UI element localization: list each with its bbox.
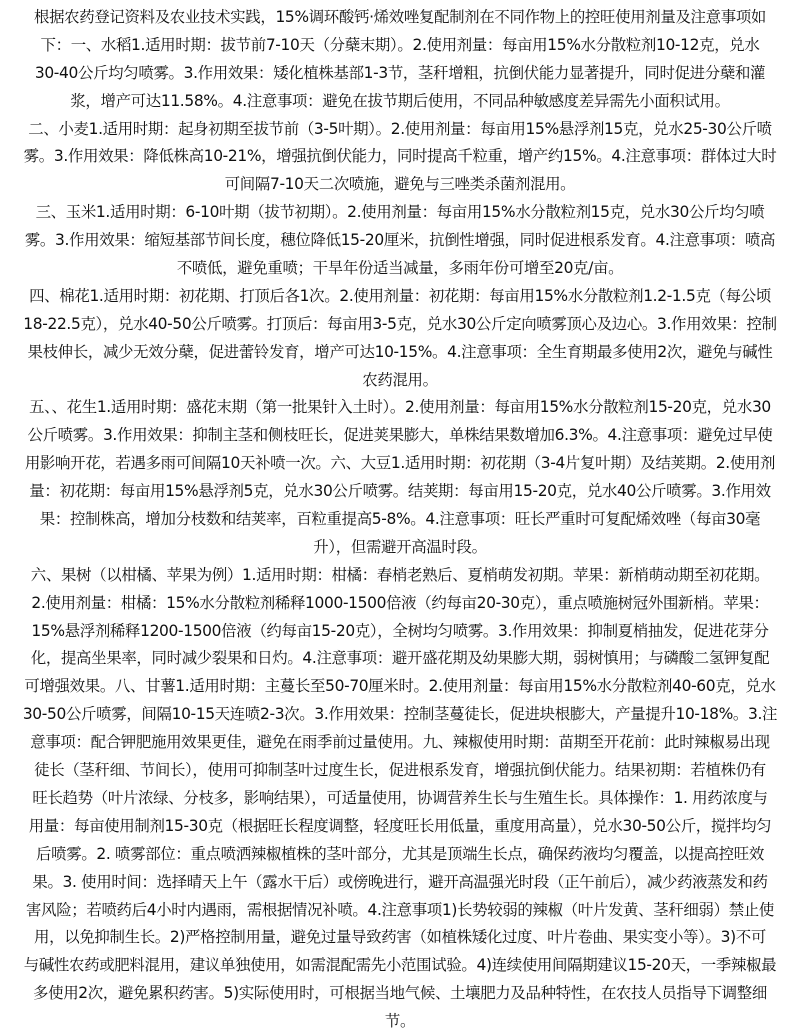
text-line: 雾。3.作用效果：缩短基部节间长度，穗位降低15-20厘米，抗倒性增强，同时促进… [4,227,796,255]
text-line: 五、、花生1.适用时期：盛花末期（第一批果针入土时）。2.使用剂量：每亩用15%… [4,394,796,422]
text-line: 四、棉花1.适用时期：初花期、打顶后各1次。2.使用剂量：初花期：每亩用15%水… [4,283,796,311]
text-line: 不喷低，避免重喷；干旱年份适当减量，多雨年份可增至20克/亩。 [4,255,796,283]
text-line: 18-22.5克），兑水40-50公斤喷雾。打顶后：每亩用3-5克，兑水30公斤… [4,311,796,339]
document-body: 根据农药登记资料及农业技术实践，15%调环酸钙·烯效唑复配制剂在不同作物上的控旺… [0,4,800,800]
text-line: 根据农药登记资料及农业技术实践，15%调环酸钙·烯效唑复配制剂在不同作物上的控旺… [4,4,796,32]
text-line: 六、果树（以柑橘、苹果为例）1.适用时期：柑橘：春梢老熟后、夏梢萌发初期。苹果：… [4,562,796,590]
text-line: 果：控制株高，增加分枝数和结荚率，百粒重提高5-8%。4.注意事项：旺长严重时可… [4,506,796,534]
text-line: 下：一、水稻1.适用时期：拔节前7-10天（分蘖末期）。2.使用剂量：每亩用15… [4,32,796,60]
text-line: 农药混用。 [4,367,796,395]
text-line: 可增强效果。八、甘薯1.适用时期：主蔓长至50-70厘米时。2.使用剂量：每亩用… [4,673,796,701]
text-line: 浆，增产可达11.58%。4.注意事项：避免在拔节期后使用，不同品种敏感度差异需… [4,88,796,116]
text-line: 量：初花期：每亩用15%悬浮剂5克，兑水30公斤喷雾。结荚期：每亩用15-20克… [4,478,796,506]
text-line: 意事项：配合钾肥施用效果更佳，避免在雨季前过量使用。九、辣椒使用时期：苗期至开花… [4,729,796,757]
text-line: 三、玉米1.适用时期：6-10叶期（拔节初期）。2.使用剂量：每亩用15%水分散… [4,199,796,227]
text-line: 雾。3.作用效果：降低株高10-21%，增强抗倒伏能力，同时提高千粒重，增产约1… [4,143,796,171]
text-line: 用影响开花，若遇多雨可间隔10天补喷一次。六、大豆1.适用时期：初花期（3-4片… [4,450,796,478]
text-line: 旺长趋势（叶片浓绿、分枝多，影响结果），可适量使用，协调营养生长与生殖生长。具体… [4,785,796,800]
text-line: 化，提高坐果率，同时减少裂果和日灼。4.注意事项：避开盛花期及幼果膨大期，弱树慎… [4,645,796,673]
text-line: 30-50公斤喷雾，间隔10-15天连喷2-3次。3.作用效果：控制茎蔓徒长，促… [4,701,796,729]
text-line: 15%悬浮剂稀释1200-1500倍液（约每亩15-20克），全树均匀喷雾。3.… [4,618,796,646]
text-line: 升），但需避开高温时段。 [4,534,796,562]
text-line: 公斤喷雾。3.作用效果：抑制主茎和侧枝旺长，促进荚果膨大，单株结果数增加6.3%… [4,422,796,450]
text-line: 果枝伸长，减少无效分蘖，促进蕾铃发育，增产可达10-15%。4.注意事项：全生育… [4,339,796,367]
text-line: 2.使用剂量：柑橘：15%水分散粒剂稀释1000-1500倍液（约每亩20-30… [4,590,796,618]
text-line: 二、小麦1.适用时期：起身初期至拔节前（3-5叶期）。2.使用剂量：每亩用15%… [4,116,796,144]
text-line: 30-40公斤均匀喷雾。3.作用效果：矮化植株基部1-3节，茎秆增粗，抗倒伏能力… [4,60,796,88]
text-line: 可间隔7-10天二次喷施，避免与三唑类杀菌剂混用。 [4,171,796,199]
text-line: 徒长（茎秆细、节间长），使用可抑制茎叶过度生长，促进根系发育，增强抗倒伏能力。结… [4,757,796,785]
